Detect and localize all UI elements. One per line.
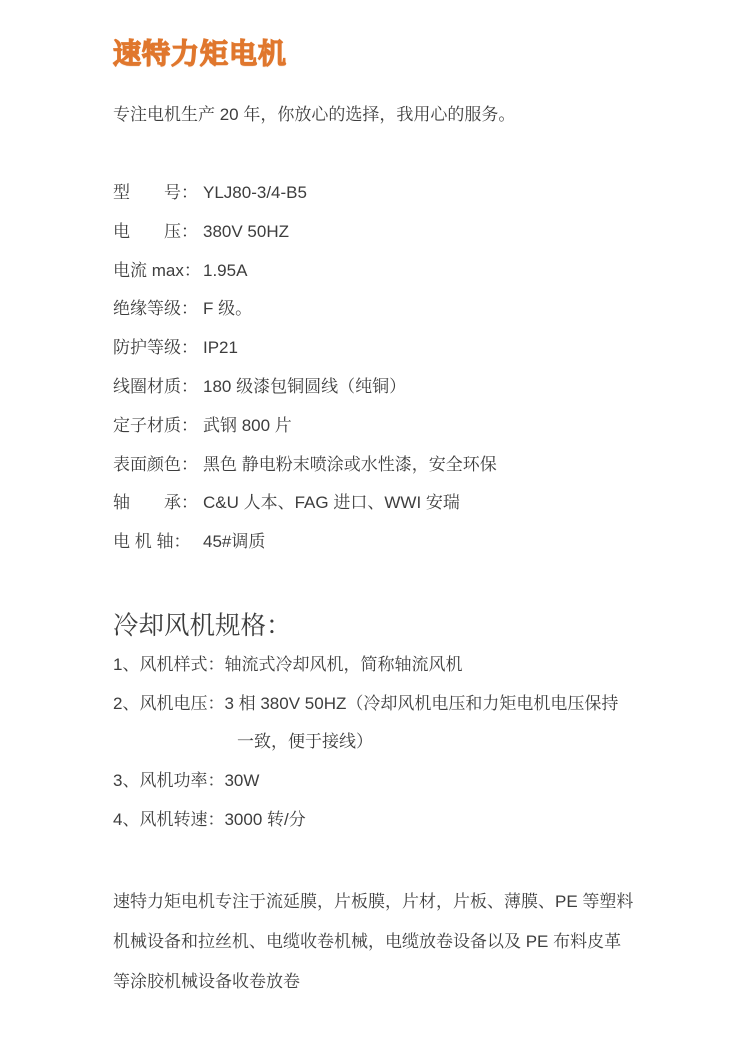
spec-label: 电流 max：: [113, 252, 203, 291]
spec-value: 黑色 静电粉末喷涂或水性漆，安全环保: [203, 446, 497, 485]
fan-item-style: 1、风机样式：轴流式冷却风机，简称轴流风机: [113, 646, 645, 685]
spec-row-current: 电流 max： 1.95A: [113, 252, 645, 291]
spec-row-insulation: 绝缘等级： F 级。: [113, 290, 645, 329]
footer-paragraph: 速特力矩电机专注于流延膜，片板膜，片材，片板、薄膜、PE 等塑料 机械设备和拉丝…: [113, 882, 645, 1002]
spec-label: 防护等级：: [113, 329, 203, 368]
spec-value: YLJ80-3/4-B5: [203, 174, 307, 213]
fan-item-voltage-line2: 一致，便于接线）: [113, 723, 645, 762]
fan-spec-section: 冷却风机规格： 1、风机样式：轴流式冷却风机，简称轴流风机 2、风机电压：3 相…: [113, 607, 645, 840]
spec-label: 型 号：: [113, 174, 203, 213]
spec-value: 180 级漆包铜圆线（纯铜）: [203, 368, 406, 407]
spec-value: 45#调质: [203, 523, 265, 562]
fan-item-speed: 4、风机转速：3000 转/分: [113, 801, 645, 840]
page-title: 速特力矩电机: [113, 38, 645, 70]
spec-label: 线圈材质：: [113, 368, 203, 407]
spec-list: 型 号： YLJ80-3/4-B5 电 压： 380V 50HZ 电流 max：…: [113, 174, 645, 562]
fan-item-voltage-line1: 2、风机电压：3 相 380V 50HZ（冷却风机电压和力矩电机电压保持: [113, 685, 645, 724]
spec-label: 电 压：: [113, 213, 203, 252]
spec-value: 380V 50HZ: [203, 213, 289, 252]
document-content: 速特力矩电机 专注电机生产 20 年，你放心的选择，我用心的服务。 型 号： Y…: [0, 0, 750, 1002]
spec-label: 绝缘等级：: [113, 290, 203, 329]
spec-row-motor-shaft: 电 机 轴： 45#调质: [113, 523, 645, 562]
spec-row-protection: 防护等级： IP21: [113, 329, 645, 368]
spec-value: F 级。: [203, 290, 252, 329]
spec-value: IP21: [203, 329, 238, 368]
spec-label: 表面颜色：: [113, 446, 203, 485]
spec-row-surface-color: 表面颜色： 黑色 静电粉末喷涂或水性漆，安全环保: [113, 446, 645, 485]
spec-label: 电 机 轴：: [113, 523, 203, 562]
document-page: 速特力矩电机 专注电机生产 20 年，你放心的选择，我用心的服务。 型 号： Y…: [0, 0, 750, 1061]
spec-value: 1.95A: [203, 252, 247, 291]
spec-value: C&U 人本、FAG 进口、WWI 安瑞: [203, 484, 460, 523]
spec-row-coil-material: 线圈材质： 180 级漆包铜圆线（纯铜）: [113, 368, 645, 407]
fan-item-power: 3、风机功率：30W: [113, 762, 645, 801]
spec-row-stator-material: 定子材质： 武钢 800 片: [113, 407, 645, 446]
footer-paragraph-line: 等涂胶机械设备收卷放卷: [113, 962, 645, 1002]
tagline: 专注电机生产 20 年，你放心的选择，我用心的服务。: [113, 105, 645, 125]
spec-label: 轴 承：: [113, 484, 203, 523]
spec-row-bearing: 轴 承： C&U 人本、FAG 进口、WWI 安瑞: [113, 484, 645, 523]
spec-row-voltage: 电 压： 380V 50HZ: [113, 213, 645, 252]
spec-label: 定子材质：: [113, 407, 203, 446]
footer-paragraph-line: 机械设备和拉丝机、电缆收卷机械，电缆放卷设备以及 PE 布料皮革: [113, 922, 645, 962]
spec-value: 武钢 800 片: [203, 407, 292, 446]
spec-row-model: 型 号： YLJ80-3/4-B5: [113, 174, 645, 213]
footer-paragraph-line: 速特力矩电机专注于流延膜，片板膜，片材，片板、薄膜、PE 等塑料: [113, 882, 645, 922]
fan-section-heading: 冷却风机规格：: [113, 607, 645, 646]
